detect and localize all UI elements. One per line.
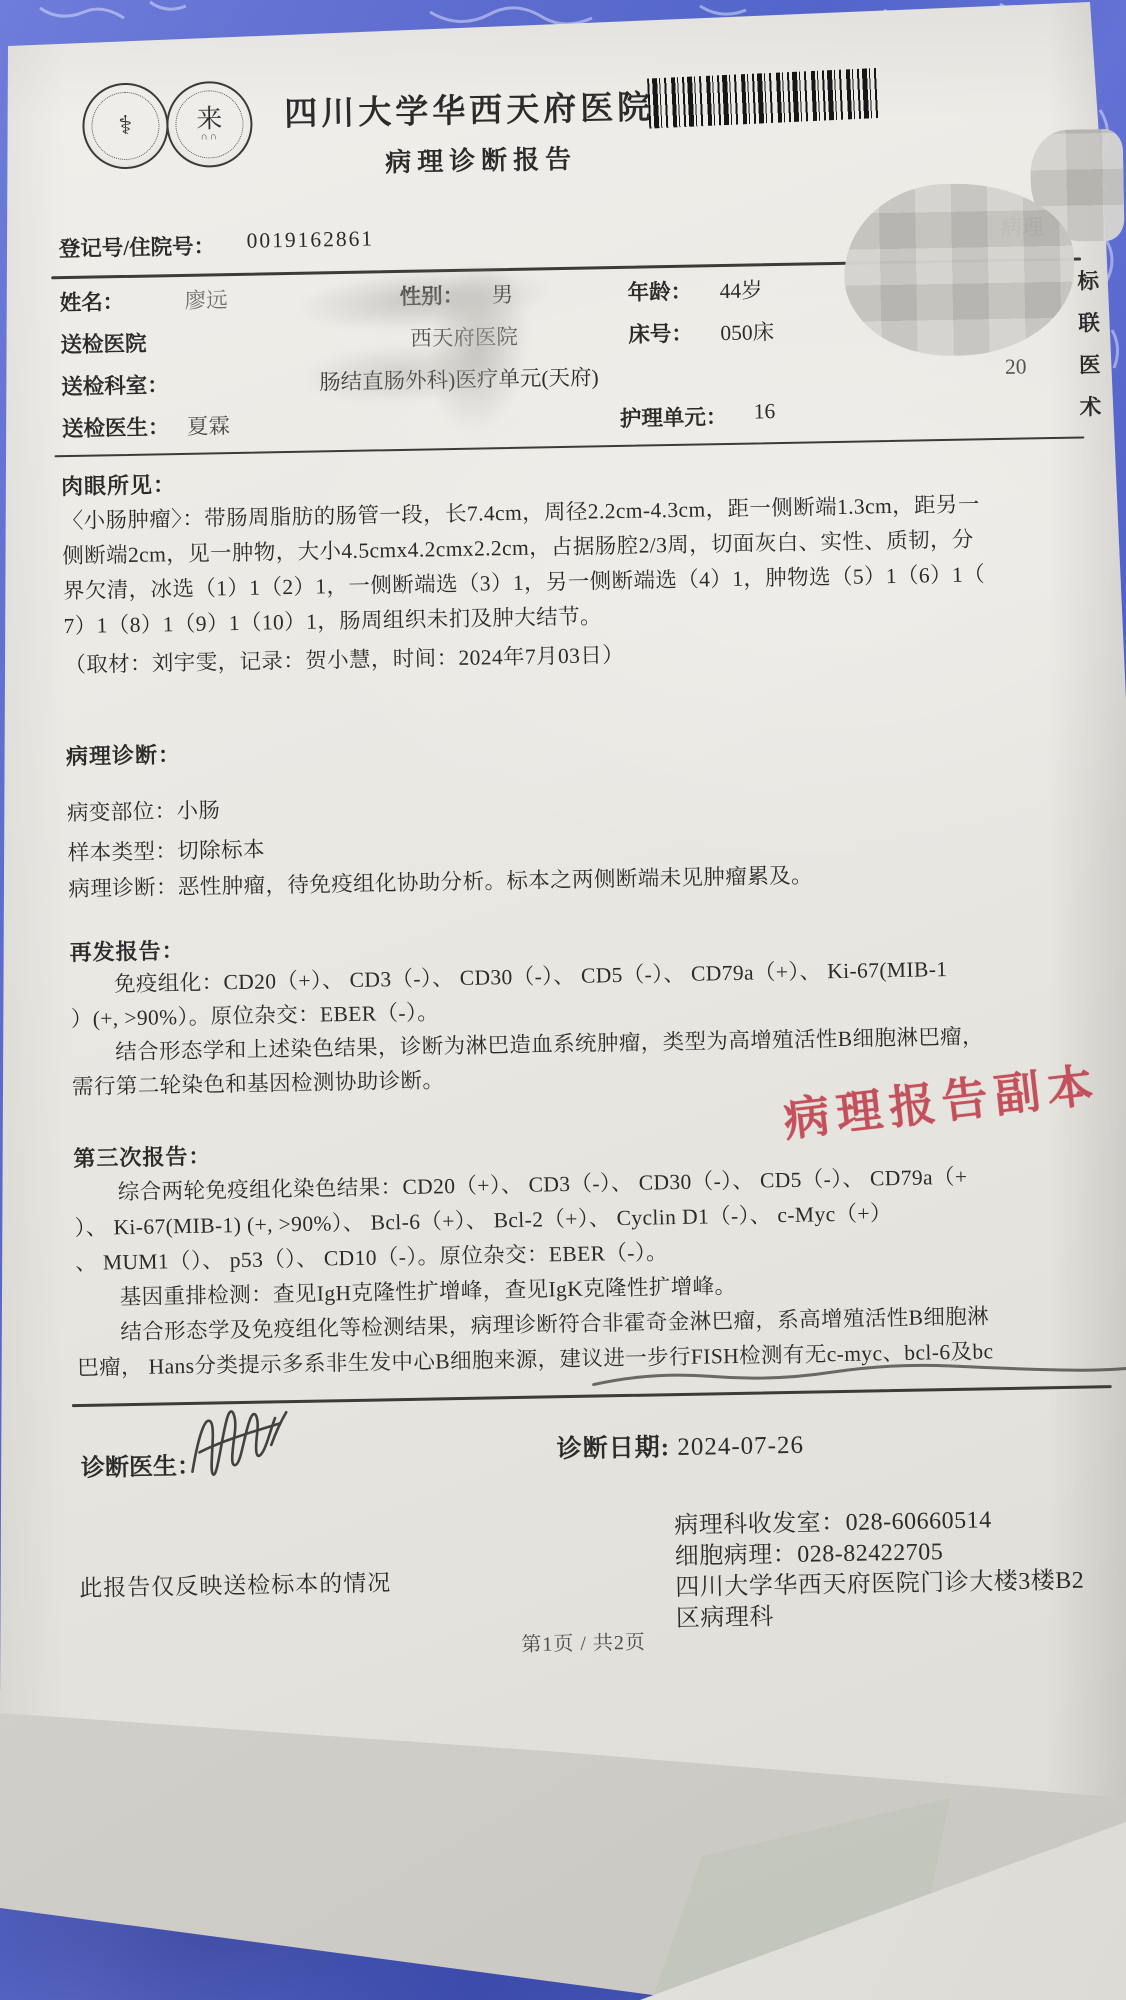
physician-fragment: 医 <box>1079 348 1101 379</box>
nursing-unit-value: 16 <box>754 399 776 424</box>
doctor-signature <box>170 1392 322 1495</box>
third-report-line: 、 MUM1（）、 p53（）、 CD10（-）。原位杂交：EBER（-）。 <box>75 1235 668 1277</box>
age-label: 年龄： <box>627 275 692 307</box>
contact-line: 细胞病理：028-82422705 <box>674 1537 943 1573</box>
second-report-line: 需行第二轮染色和基因检测协助诊断。 <box>72 1063 445 1101</box>
tower-icon: 来∩∩ <box>196 106 223 142</box>
diagnosis-heading: 病理诊断： <box>66 738 182 771</box>
caduceus-icon: ⚕ <box>118 113 133 139</box>
gross-heading: 肉眼所见： <box>61 468 177 501</box>
surgery-fragment: 术 <box>1079 390 1101 421</box>
redaction-mosaic <box>843 182 1076 358</box>
dept-smudge <box>300 339 503 410</box>
bed-value: 050床 <box>720 315 774 347</box>
west-china-tianfu-hospital-seal-icon: 来∩∩ <box>166 81 254 169</box>
diagnosis-line: 样本类型：切除标本 <box>67 833 265 868</box>
diagnosis-date-value: 2024-07-26 <box>677 1432 804 1461</box>
name-value: 廖远 <box>184 283 228 315</box>
name-label: 姓名： <box>59 285 124 317</box>
west-china-hospital-seal-icon: ⚕ <box>82 82 170 170</box>
copy-stamp: 病理报告副本 <box>780 1048 1103 1150</box>
page-number: 第1页 / 共2页 <box>521 1626 646 1657</box>
contact-line: 四川大学华西天府医院门诊大楼3楼B2 <box>675 1566 1085 1604</box>
nursing-unit-label: 护理单元： <box>620 400 728 433</box>
second-report-heading: 再发报告： <box>69 934 185 967</box>
contact-line: 区病理科 <box>676 1602 775 1635</box>
registration-value: 0019162861 <box>246 226 374 253</box>
second-report-line: ）(+, >90%）。原位杂交：EBER（-）。 <box>70 995 439 1033</box>
gross-line: 7）1（8）1（9）1（10）1，肠周组织未扪及肿大结节。 <box>63 599 602 640</box>
contact-fragment: 联 <box>1078 306 1100 337</box>
diagnosis-date-label: 诊断日期: <box>557 1434 671 1463</box>
diagnosis-line: 病理诊断：恶性肿瘤，待免疫组化协助分析。标本之两侧断端未见肿瘤累及。 <box>68 858 813 903</box>
age-value: 44岁 <box>719 273 763 305</box>
third-report-heading: 第三次报告： <box>73 1140 212 1174</box>
second-report-line: 免疫组化：CD20（+）、 CD3（-）、 CD30（-）、 CD5（-）、 C… <box>70 952 948 999</box>
diagnosis-date: 诊断日期: 2024-07-26 <box>556 1425 804 1466</box>
report-content: ⚕ 来∩∩ 四川大学华西天府医院 病理诊断报告 登记号/住院号： 0019162… <box>0 0 1126 2000</box>
disclaimer: 此报告仅反映送检标本的情况 <box>79 1564 392 1603</box>
stray-number: 20 <box>1005 354 1027 379</box>
barcode-icon <box>647 68 881 129</box>
diagnosis-line: 病变部位：小肠 <box>67 793 221 827</box>
sending-doctor-label: 送检医生： <box>62 410 170 443</box>
contact-line: 病理科收发室：028-60660514 <box>674 1505 992 1542</box>
sending-hospital-label: 送检医院 <box>60 327 147 360</box>
bed-label: 床号： <box>628 317 693 349</box>
gross-sampling-note: （取材：刘宇雯，记录：贺小慧，时间：2024年7月03日） <box>64 638 624 679</box>
photo-of-pathology-report: ⚕ 来∩∩ 四川大学华西天府医院 病理诊断报告 登记号/住院号： 0019162… <box>0 0 1126 2000</box>
report-title: 病理诊断报告 <box>385 139 578 180</box>
registration-label: 登记号/住院号： <box>58 229 215 263</box>
hospital-name: 四川大学华西天府医院 <box>284 81 655 135</box>
specimen-fragment: 标 <box>1077 264 1099 295</box>
sending-doctor-value: 夏霖 <box>187 409 231 441</box>
sending-dept-label: 送检科室： <box>61 368 169 401</box>
